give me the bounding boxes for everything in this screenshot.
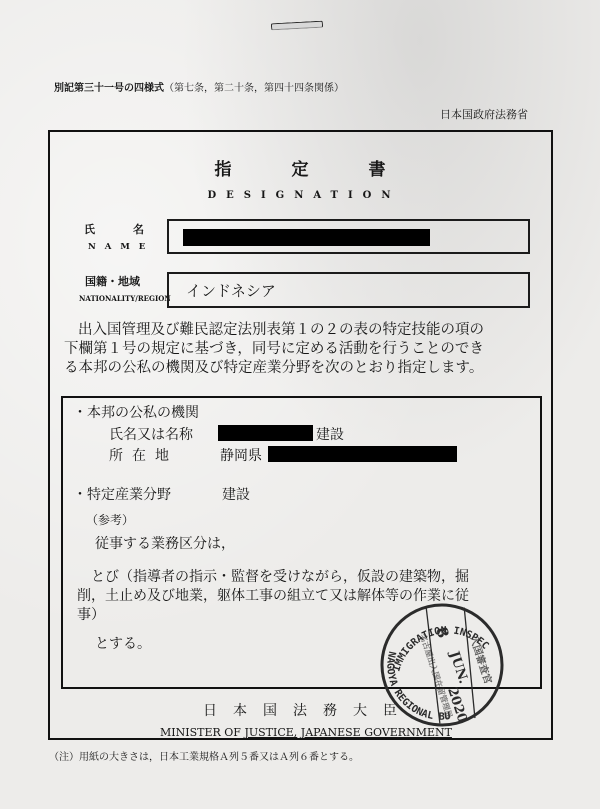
reference-line: 事） bbox=[77, 606, 547, 625]
org-name-label: 氏名又は名称 bbox=[109, 424, 193, 444]
reference-closing: とする。 bbox=[95, 633, 151, 653]
title-char: 指 bbox=[215, 155, 232, 180]
reference-heading: （参考） bbox=[86, 511, 134, 528]
form-articles: （第七条，第二十条，第四十四条関係） bbox=[164, 83, 344, 94]
nationality-label-japanese: 国籍・地域 bbox=[85, 273, 140, 289]
org-name-redaction bbox=[218, 425, 313, 441]
org-name-suffix: 建設 bbox=[316, 424, 344, 444]
label-char: 所 bbox=[109, 445, 132, 465]
signatory-english: MINISTER OF JUSTICE, JAPANESE GOVERNMENT bbox=[0, 726, 600, 739]
reference-line: とび（指導者の指示・監督を受けながら，仮設の建築物，掘 bbox=[77, 568, 547, 587]
title-char: 書 bbox=[369, 155, 386, 180]
industry-heading: ・特定産業分野 bbox=[73, 484, 171, 504]
name-redaction bbox=[183, 229, 430, 246]
document-title-japanese: 指定書 bbox=[0, 155, 600, 180]
org-address-label: 所在地 bbox=[109, 445, 178, 465]
form-reference: 別記第三十一号の四様式（第七条，第二十条，第四十四条関係） bbox=[54, 79, 344, 94]
name-label-english: NAME bbox=[88, 242, 154, 252]
nationality-value: インドネシア bbox=[186, 280, 276, 301]
organization-heading: ・本邦の公私の機関 bbox=[73, 402, 199, 422]
industry-value: 建設 bbox=[222, 484, 250, 504]
org-address-redaction bbox=[268, 446, 457, 462]
preamble-text: 出入国管理及び難民認定法別表第１の２の表の特定技能の項の 下欄第１号の規定に基づ… bbox=[64, 321, 544, 378]
label-char: 氏 bbox=[84, 221, 95, 237]
nationality-field: インドネシア bbox=[167, 272, 530, 308]
signatory-en-part: JAPANESE GOVERNMENT bbox=[301, 726, 452, 739]
label-char: 名 bbox=[133, 221, 144, 237]
reference-line: 削，土止め及び地業，躯体工事の組立て又は解体等の作業に従 bbox=[77, 587, 547, 606]
nationality-label-english: NATIONALITY/REGION bbox=[79, 294, 171, 303]
label-char: 在 bbox=[132, 445, 155, 465]
signatory-en-part: JUSTICE, bbox=[244, 726, 297, 739]
document-title-english: DESIGNATION bbox=[0, 190, 600, 201]
preamble-line: 出入国管理及び難民認定法別表第１の２の表の特定技能の項の bbox=[64, 321, 544, 340]
name-field bbox=[167, 219, 530, 254]
title-char: 定 bbox=[292, 155, 309, 180]
issuing-ministry: 日本国政府法務省 bbox=[440, 106, 528, 122]
name-label-japanese: 氏名 bbox=[84, 221, 144, 237]
signatory-en-part: MINISTER OF bbox=[160, 726, 244, 739]
preamble-line: 下欄第１号の規定に基づき，同号に定める活動を行うことのでき bbox=[64, 340, 544, 359]
reference-body: とび（指導者の指示・監督を受けながら，仮設の建築物，掘 削，土止め及び地業，躯体… bbox=[77, 568, 547, 625]
form-number: 別記第三十一号の四様式 bbox=[54, 83, 164, 94]
org-address-prefecture: 静岡県 bbox=[220, 445, 262, 465]
signatory-japanese: 日本国法務大臣 bbox=[0, 700, 600, 720]
preamble-line: る本邦の公私の機関及び特定産業分野を次のとおり指定します。 bbox=[64, 359, 544, 378]
label-char: 地 bbox=[155, 445, 178, 465]
reference-intro: 従事する業務区分は， bbox=[95, 533, 235, 553]
footnote: （注）用紙の大きさは，日本工業規格Ａ列５番又はＡ列６番とする。 bbox=[49, 748, 359, 763]
